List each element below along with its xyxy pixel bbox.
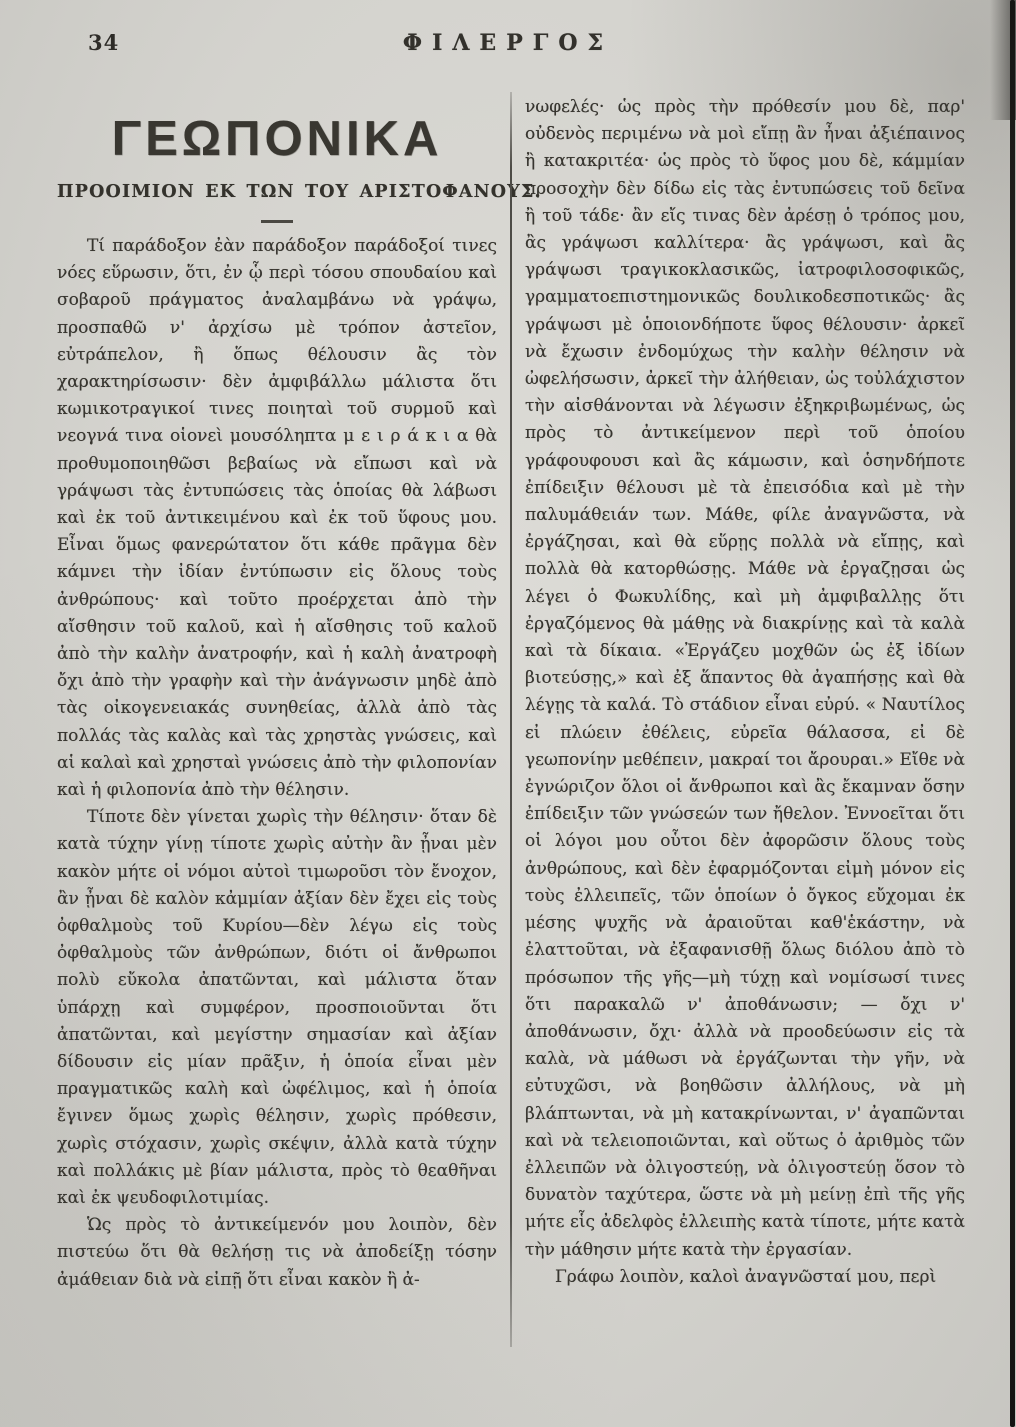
two-column-body: ΓΕΩΠΟΝΙΚΑ ΠΡΟΟΙΜΙΟΝ ΕΚ ΤΩΝ ΤΟΥ ΑΡΙΣΤΟΦΑΝ… — [57, 90, 965, 1390]
body-paragraph: Τίποτε δὲν γίνεται χωρὶς τὴν θέλησιν· ὅτ… — [57, 804, 497, 1212]
page-header: 34 ΦΙΛΕΡΓΟΣ — [0, 30, 1016, 70]
body-paragraph: Τί παράδοξον ἐὰν παράδοξον παράδοξοί τιν… — [57, 233, 497, 804]
scan-edge-artifact — [1010, 0, 1015, 1427]
body-paragraph: νωφελές· ὡς πρὸς τὴν πρόθεσίν μου δὲ, πα… — [525, 94, 965, 1264]
body-paragraph: Ὡς πρὸς τὸ ἀντικείμενόν μου λοιπὸν, δὲν … — [57, 1212, 497, 1294]
scanned-page: 34 ΦΙΛΕΡΓΟΣ ΓΕΩΠΟΝΙΚΑ ΠΡΟΟΙΜΙΟΝ ΕΚ ΤΩΝ Τ… — [0, 0, 1016, 1427]
column-divider-rule — [510, 92, 512, 1347]
article-subtitle: ΠΡΟΟΙΜΙΟΝ ΕΚ ΤΩΝ ΤΟΥ ΑΡΙΣΤΟΦΑΝΟΥΣ. — [57, 179, 497, 206]
body-paragraph: Γράφω λοιπὸν, καλοὶ ἀναγνῶσταί μου, περὶ — [525, 1264, 965, 1291]
masthead-title: ΦΙΛΕΡΓΟΣ — [0, 30, 1016, 56]
article-title: ΓΕΩΠΟΝΙΚΑ — [57, 126, 497, 153]
section-rule — [261, 220, 293, 223]
right-column: νωφελές· ὡς πρὸς τὴν πρόθεσίν μου δὲ, πα… — [525, 94, 965, 1291]
left-column: ΓΕΩΠΟΝΙΚΑ ΠΡΟΟΙΜΙΟΝ ΕΚ ΤΩΝ ΤΟΥ ΑΡΙΣΤΟΦΑΝ… — [57, 90, 497, 1294]
